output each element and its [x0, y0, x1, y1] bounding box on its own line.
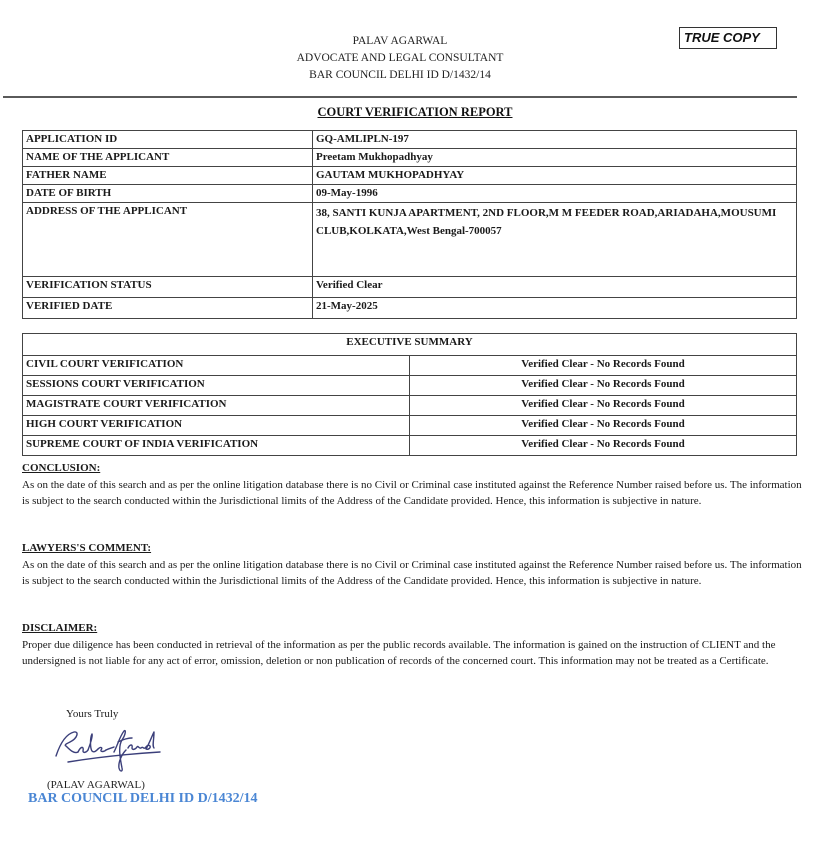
- signatory-name: (PALAV AGARWAL): [47, 779, 145, 791]
- row-label: APPLICATION ID: [23, 131, 313, 149]
- row-label: VERIFIED DATE: [23, 298, 313, 319]
- row-label: FATHER NAME: [23, 167, 313, 185]
- row-status: Verified Clear - No Records Found: [410, 376, 797, 396]
- table-row: SESSIONS COURT VERIFICATION Verified Cle…: [23, 376, 797, 396]
- header-divider: [3, 96, 797, 98]
- applicant-info-table: APPLICATION ID GQ-AMLIPLN-197 NAME OF TH…: [22, 130, 797, 319]
- closing-salutation: Yours Truly: [66, 708, 118, 720]
- signatory-bar-id: BAR COUNCIL DELHI ID D/1432/14: [28, 791, 257, 807]
- row-label: NAME OF THE APPLICANT: [23, 149, 313, 167]
- row-label: SESSIONS COURT VERIFICATION: [23, 376, 410, 396]
- row-label: CIVIL COURT VERIFICATION: [23, 356, 410, 376]
- executive-summary-table: EXECUTIVE SUMMARY CIVIL COURT VERIFICATI…: [22, 333, 797, 456]
- row-label: DATE OF BIRTH: [23, 185, 313, 203]
- verification-status-value: Verified Clear: [313, 277, 797, 298]
- advocate-designation: ADVOCATE AND LEGAL CONSULTANT: [230, 50, 570, 67]
- table-row: NAME OF THE APPLICANT Preetam Mukhopadhy…: [23, 149, 797, 167]
- table-row: VERIFIED DATE 21-May-2025: [23, 298, 797, 319]
- table-row: VERIFICATION STATUS Verified Clear: [23, 277, 797, 298]
- row-label: MAGISTRATE COURT VERIFICATION: [23, 396, 410, 416]
- application-id-value: GQ-AMLIPLN-197: [313, 131, 797, 149]
- address-value: 38, SANTI KUNJA APARTMENT, 2ND FLOOR,M M…: [313, 203, 797, 277]
- advocate-name: PALAV AGARWAL: [230, 33, 570, 50]
- disclaimer-text: Proper due diligence has been conducted …: [22, 637, 802, 670]
- row-label: ADDRESS OF THE APPLICANT: [23, 203, 313, 277]
- row-status: Verified Clear - No Records Found: [410, 396, 797, 416]
- letterhead: PALAV AGARWAL ADVOCATE AND LEGAL CONSULT…: [230, 33, 570, 84]
- father-name-value: GAUTAM MUKHOPADHYAY: [313, 167, 797, 185]
- advocate-bar-id: BAR COUNCIL DELHI ID D/1432/14: [230, 67, 570, 84]
- table-row: CIVIL COURT VERIFICATION Verified Clear …: [23, 356, 797, 376]
- table-row: SUPREME COURT OF INDIA VERIFICATION Veri…: [23, 436, 797, 456]
- table-row: FATHER NAME GAUTAM MUKHOPADHYAY: [23, 167, 797, 185]
- lawyers-comment-heading: LAWYERS'S COMMENT:: [22, 542, 151, 554]
- table-row: HIGH COURT VERIFICATION Verified Clear -…: [23, 416, 797, 436]
- lawyers-comment-text: As on the date of this search and as per…: [22, 557, 802, 590]
- row-label: HIGH COURT VERIFICATION: [23, 416, 410, 436]
- table-row: MAGISTRATE COURT VERIFICATION Verified C…: [23, 396, 797, 416]
- table-row: ADDRESS OF THE APPLICANT 38, SANTI KUNJA…: [23, 203, 797, 277]
- executive-summary-title: EXECUTIVE SUMMARY: [23, 334, 797, 356]
- row-label: SUPREME COURT OF INDIA VERIFICATION: [23, 436, 410, 456]
- row-status: Verified Clear - No Records Found: [410, 356, 797, 376]
- applicant-name-value: Preetam Mukhopadhyay: [313, 149, 797, 167]
- conclusion-text: As on the date of this search and as per…: [22, 477, 802, 510]
- row-status: Verified Clear - No Records Found: [410, 436, 797, 456]
- table-row: APPLICATION ID GQ-AMLIPLN-197: [23, 131, 797, 149]
- row-status: Verified Clear - No Records Found: [410, 416, 797, 436]
- date-of-birth-value: 09-May-1996: [313, 185, 797, 203]
- report-title: COURT VERIFICATION REPORT: [0, 105, 830, 120]
- address-text: 38, SANTI KUNJA APARTMENT, 2ND FLOOR,M M…: [316, 203, 793, 240]
- table-row: DATE OF BIRTH 09-May-1996: [23, 185, 797, 203]
- table-header-row: EXECUTIVE SUMMARY: [23, 334, 797, 356]
- verified-date-value: 21-May-2025: [313, 298, 797, 319]
- row-label: VERIFICATION STATUS: [23, 277, 313, 298]
- disclaimer-heading: DISCLAIMER:: [22, 622, 97, 634]
- true-copy-stamp: TRUE COPY: [679, 27, 777, 49]
- conclusion-heading: CONCLUSION:: [22, 462, 100, 474]
- signature-icon: [48, 722, 168, 777]
